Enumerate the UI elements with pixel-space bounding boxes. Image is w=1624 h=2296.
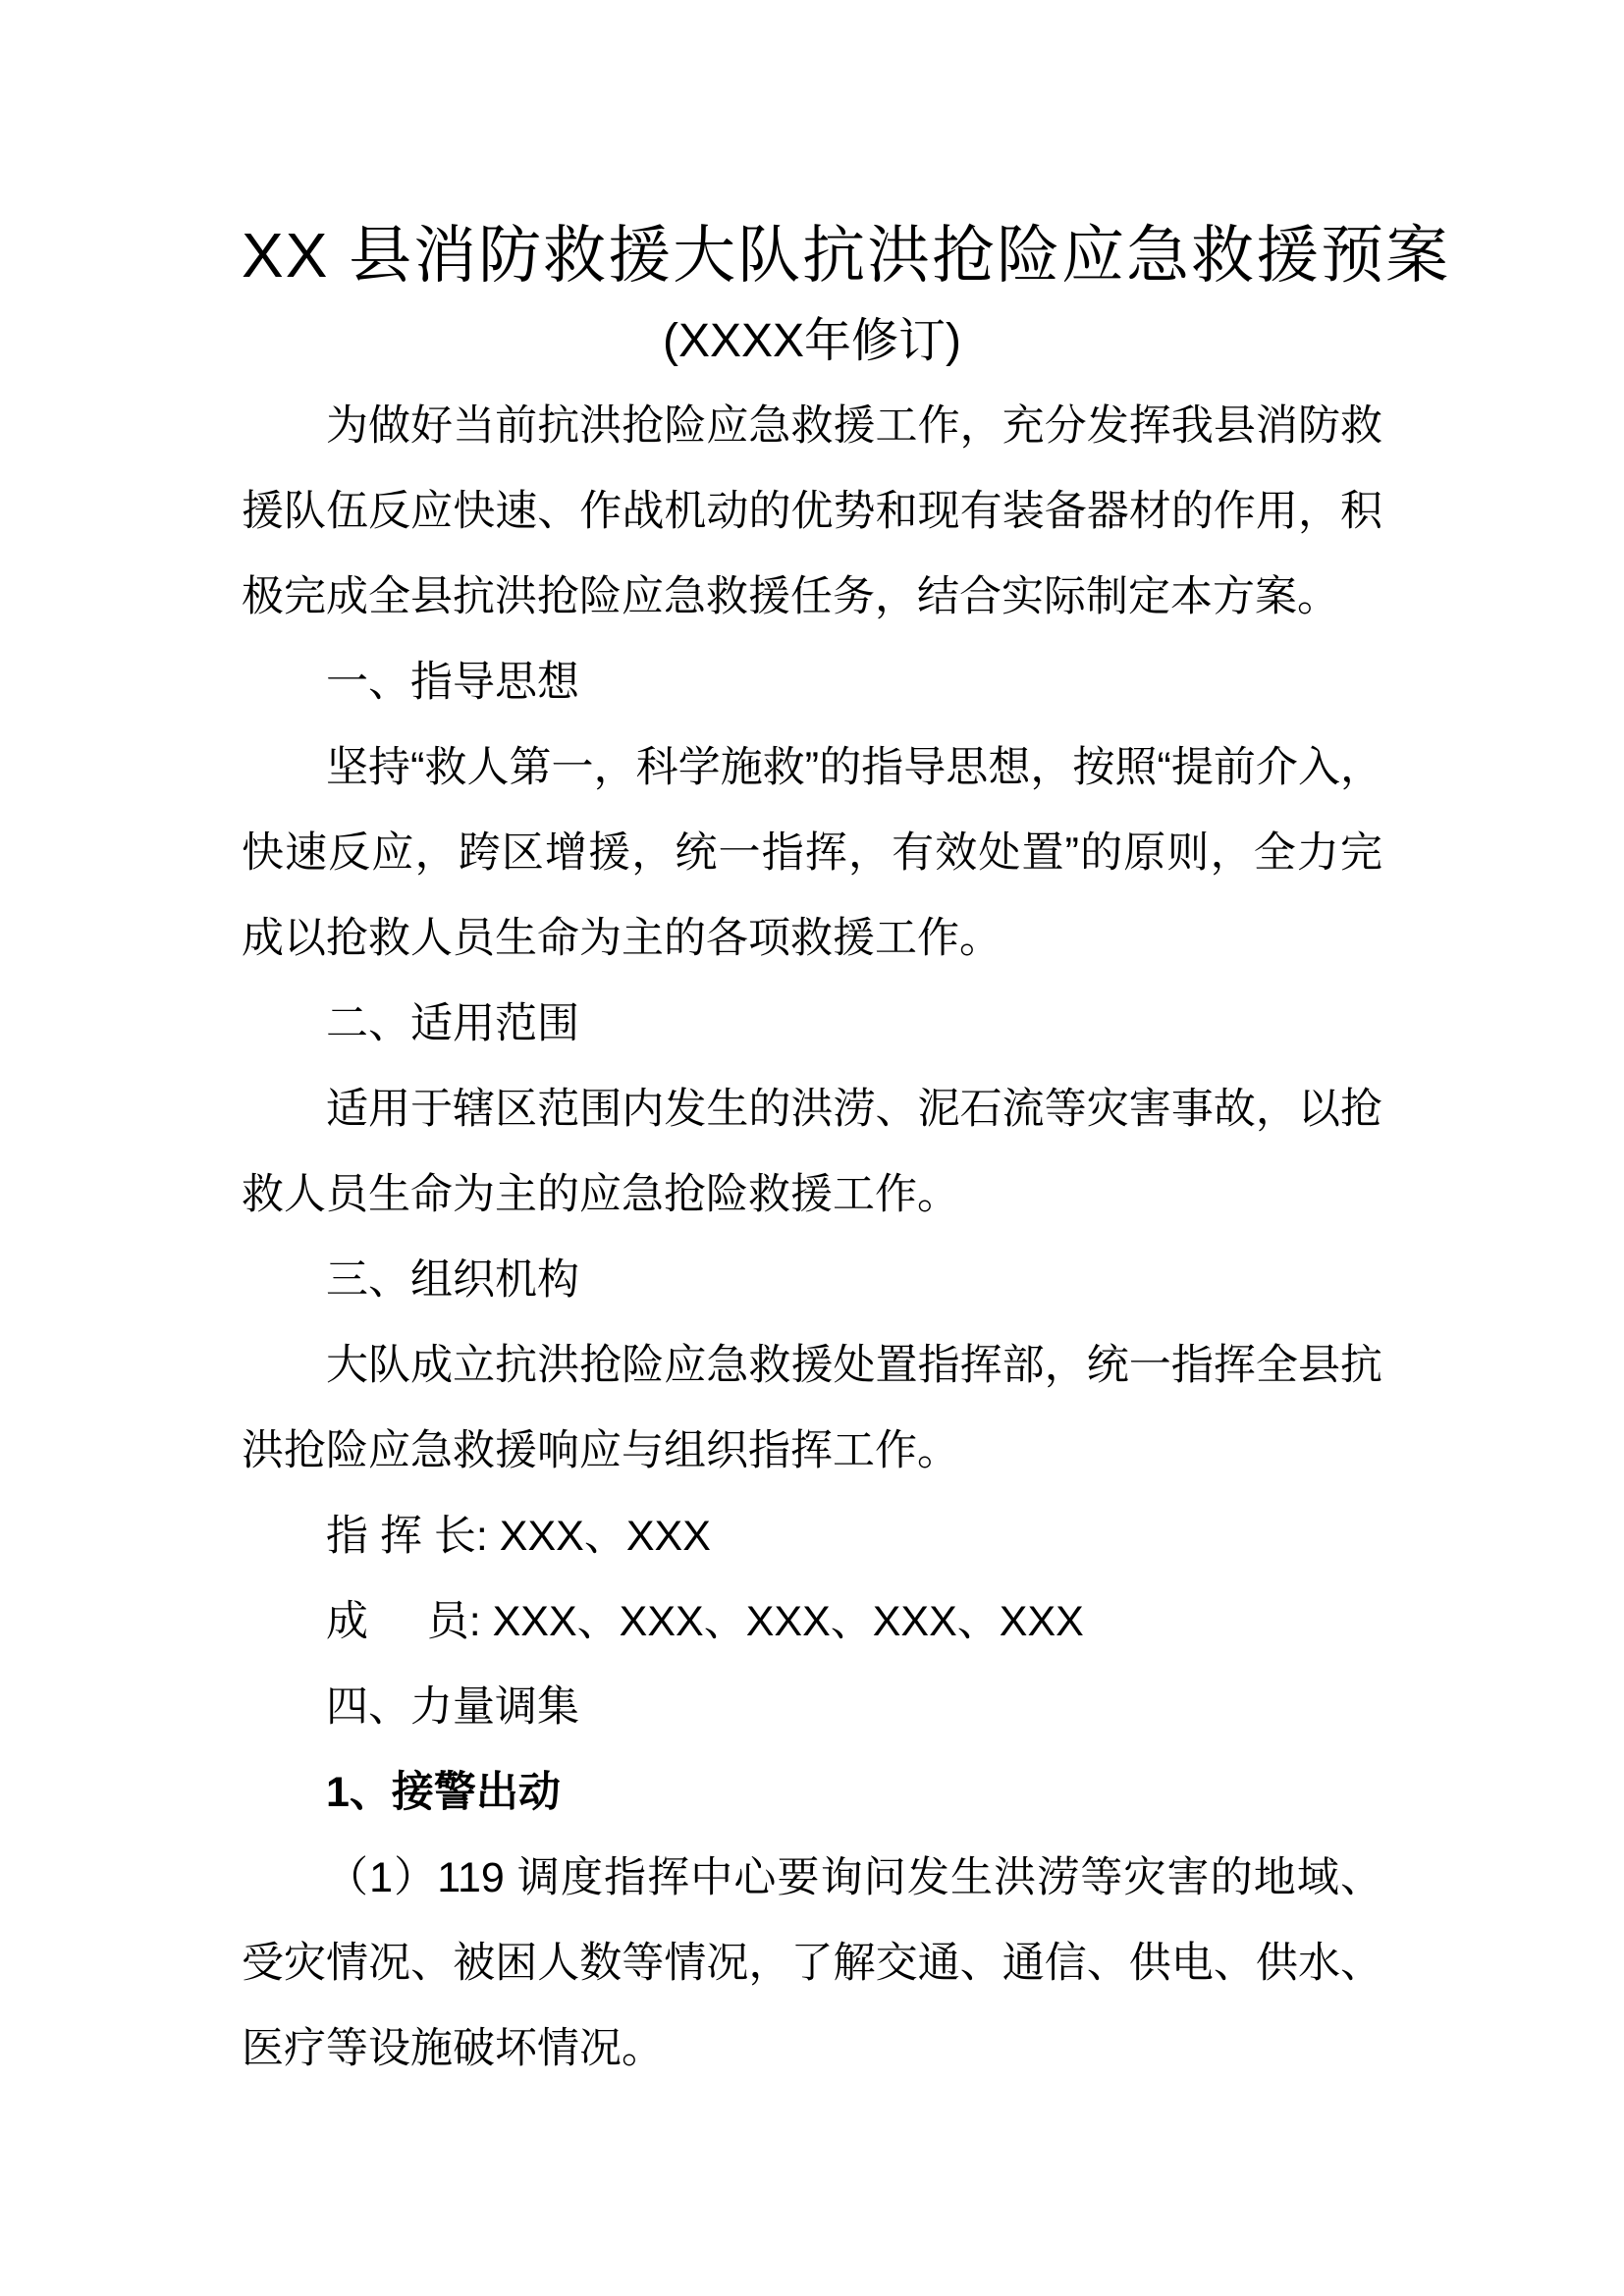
page: { "document": { "title": "XX 县消防救援大队抗洪抢险… <box>0 0 1624 2296</box>
body-paragraph: （1）119 调度指挥中心要询问发生洪涝等灾害的地域、受灾情况、被困人数等情况，… <box>242 1836 1382 2092</box>
doc-title: XX 县消防救援大队抗洪抢险应急救援预案 <box>242 213 1382 298</box>
body-paragraph: 为做好当前抗洪抢险应急救援工作，充分发挥我县消防救援队伍反应快速、作战机动的优势… <box>242 384 1382 640</box>
body-paragraph: 坚持“救人第一，科学施救”的指导思想，按照“提前介入，快速反应，跨区增援，统一指… <box>242 725 1382 982</box>
document-page: XX 县消防救援大队抗洪抢险应急救援预案 (XXXX年修订) 为做好当前抗洪抢险… <box>0 0 1624 2296</box>
doc-subtitle: (XXXX年修订) <box>242 298 1382 384</box>
subsection-heading: 1、接警出动 <box>242 1750 1382 1836</box>
body-paragraph: 大队成立抗洪抢险应急救援处置指挥部，统一指挥全县抗洪抢险应急救援响应与组织指挥工… <box>242 1323 1382 1494</box>
section-heading: 一、指导思想 <box>242 640 1382 725</box>
section-heading: 四、力量调集 <box>242 1665 1382 1750</box>
personnel-line: 指 挥 长: XXX、XXX <box>242 1494 1382 1579</box>
section-heading: 三、组织机构 <box>242 1238 1382 1323</box>
document-body: 为做好当前抗洪抢险应急救援工作，充分发挥我县消防救援队伍反应快速、作战机动的优势… <box>242 384 1382 2092</box>
body-paragraph: 适用于辖区范围内发生的洪涝、泥石流等灾害事故，以抢救人员生命为主的应急抢险救援工… <box>242 1067 1382 1238</box>
section-heading: 二、适用范围 <box>242 982 1382 1067</box>
personnel-line: 成 员: XXX、XXX、XXX、XXX、XXX <box>242 1579 1382 1665</box>
